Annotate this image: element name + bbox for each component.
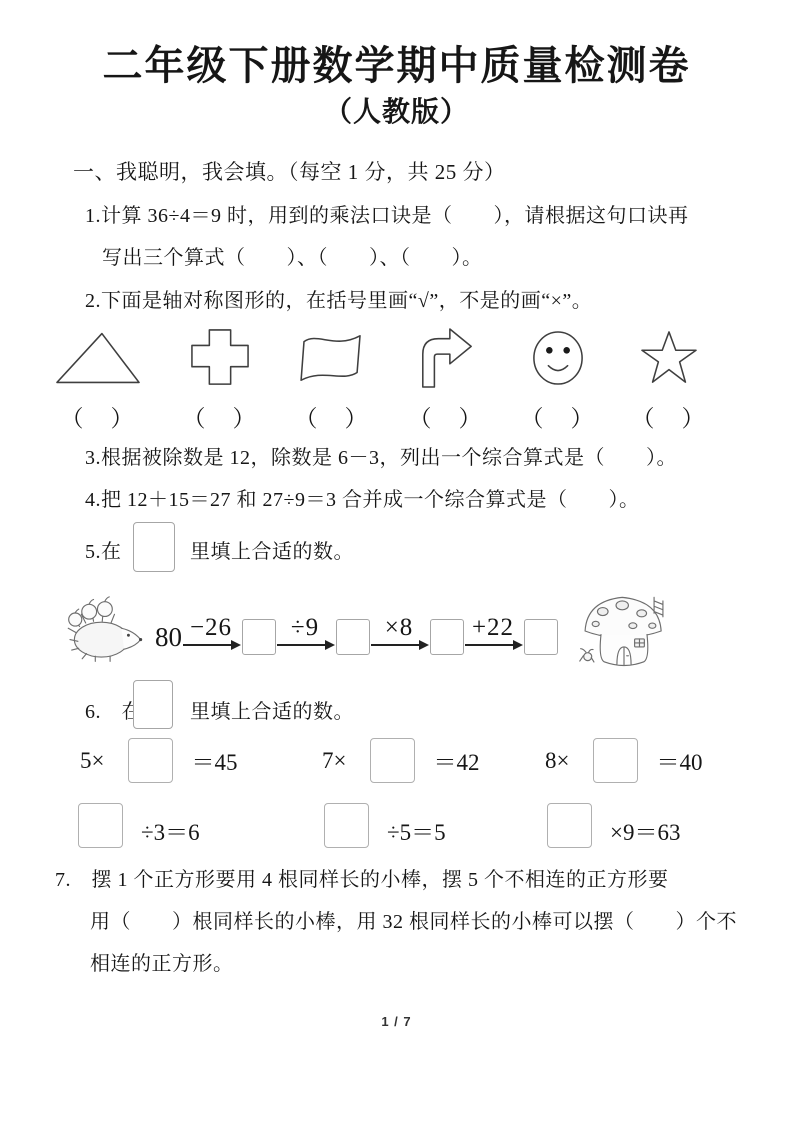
question-5-prefix: 5.在 [85, 540, 122, 564]
five-pointed-star-icon [640, 330, 698, 386]
answer-parens: （ ） [183, 400, 258, 433]
flow-operation: −26 [183, 615, 239, 646]
equation-7x: 7× ＝42 [322, 738, 479, 783]
question-6-suffix: 里填上合适的数。 [190, 700, 354, 724]
question-7-line-1: 7. 摆 1 个正方形要用 4 根同样长的小棒，摆 5 个不相连的正方形要 [55, 868, 669, 892]
plus-cross-icon [188, 328, 252, 388]
shape-item-flag: （ ） [276, 326, 388, 433]
triangle-icon [55, 331, 141, 385]
answer-parens: （ ） [61, 400, 136, 433]
answer-box [324, 803, 369, 848]
shape-item-star: （ ） [613, 326, 725, 433]
question-1-line-2: 写出三个算式（ ）、（ ）、（ ）。 [102, 246, 483, 270]
question-7-line-3: 相连的正方形。 [90, 952, 234, 976]
operation-label: −26 [190, 615, 232, 640]
page-title: 二年级下册数学期中质量检测卷 [0, 34, 793, 91]
shape-item-triangle: （ ） [42, 326, 154, 433]
answer-parens: （ ） [409, 400, 484, 433]
answer-box [133, 680, 173, 729]
question-1-line-1: 1.计算 36÷4＝9 时，用到的乘法口诀是（ ），请根据这句口诀再 [85, 204, 688, 228]
answer-box [524, 619, 558, 655]
equation-suffix: ×9＝63 [610, 814, 680, 847]
equation-div5: ÷5＝5 [324, 803, 446, 848]
page-number: 1 / 7 [0, 1014, 793, 1029]
answer-box [242, 619, 276, 655]
turn-right-arrow-icon [417, 327, 475, 389]
hedgehog-with-apples-image [60, 596, 148, 664]
answer-box [547, 803, 592, 848]
mushroom-house-image [578, 590, 670, 672]
operation-label: ×8 [385, 615, 414, 640]
equation-prefix: 7× [322, 748, 346, 774]
answer-parens: （ ） [521, 400, 596, 433]
shape-item-arrow: （ ） [390, 326, 502, 433]
equation-x9: ×9＝63 [547, 803, 680, 848]
shape-item-smiley: （ ） [502, 326, 614, 433]
question-5-suffix: 里填上合适的数。 [190, 540, 354, 564]
answer-box [430, 619, 464, 655]
equation-5x: 5× ＝45 [80, 738, 237, 783]
equation-suffix: ＝40 [656, 744, 702, 777]
flow-operation: +22 [465, 615, 521, 646]
answer-parens: （ ） [295, 400, 370, 433]
flow-operation: ÷9 [277, 615, 333, 646]
answer-box [370, 738, 415, 783]
equation-prefix: 8× [545, 748, 569, 774]
arrow-right-icon [465, 644, 521, 646]
test-paper-page: 二年级下册数学期中质量检测卷 （人教版） 一、我聪明，我会填。（每空 1 分，共… [0, 0, 793, 1122]
question-4-text: 4.把 12＋15＝27 和 27÷9＝3 合并成一个综合算式是（ ）。 [85, 488, 639, 512]
number-flow-chart: 80 −26 ÷9 ×8 +22 [155, 600, 558, 660]
equation-suffix: ＝42 [433, 744, 479, 777]
answer-box [128, 738, 173, 783]
answer-box [336, 619, 370, 655]
answer-box [593, 738, 638, 783]
arrow-right-icon [277, 644, 333, 646]
smiley-face-icon [531, 329, 585, 387]
flow-start-number: 80 [155, 624, 182, 651]
question-3-text: 3.根据被除数是 12，除数是 6－3，列出一个综合算式是（ ）。 [85, 446, 677, 470]
equation-suffix: ÷5＝5 [387, 814, 446, 847]
question-7-line-2: 用（ ）根同样长的小棒，用 32 根同样长的小棒可以摆（ ）个不 [90, 910, 737, 934]
arrow-right-icon [371, 644, 427, 646]
answer-box [133, 522, 175, 572]
question-2-text: 2.下面是轴对称图形的，在括号里画“√”，不是的画“×”。 [85, 289, 592, 313]
flow-operation: ×8 [371, 615, 427, 646]
section-heading: 一、我聪明，我会填。（每空 1 分，共 25 分） [73, 160, 506, 185]
equation-8x: 8× ＝40 [545, 738, 702, 783]
equation-suffix: ＝45 [191, 744, 237, 777]
answer-box [78, 803, 123, 848]
shape-item-cross: （ ） [164, 326, 276, 433]
operation-label: ÷9 [291, 615, 319, 640]
arrow-right-icon [183, 644, 239, 646]
operation-label: +22 [472, 615, 514, 640]
wavy-flag-icon [298, 330, 366, 386]
equation-prefix: 5× [80, 748, 104, 774]
equation-suffix: ÷3＝6 [141, 814, 200, 847]
answer-parens: （ ） [632, 400, 707, 433]
page-subtitle: （人教版） [0, 90, 793, 130]
equation-div3: ÷3＝6 [78, 803, 200, 848]
